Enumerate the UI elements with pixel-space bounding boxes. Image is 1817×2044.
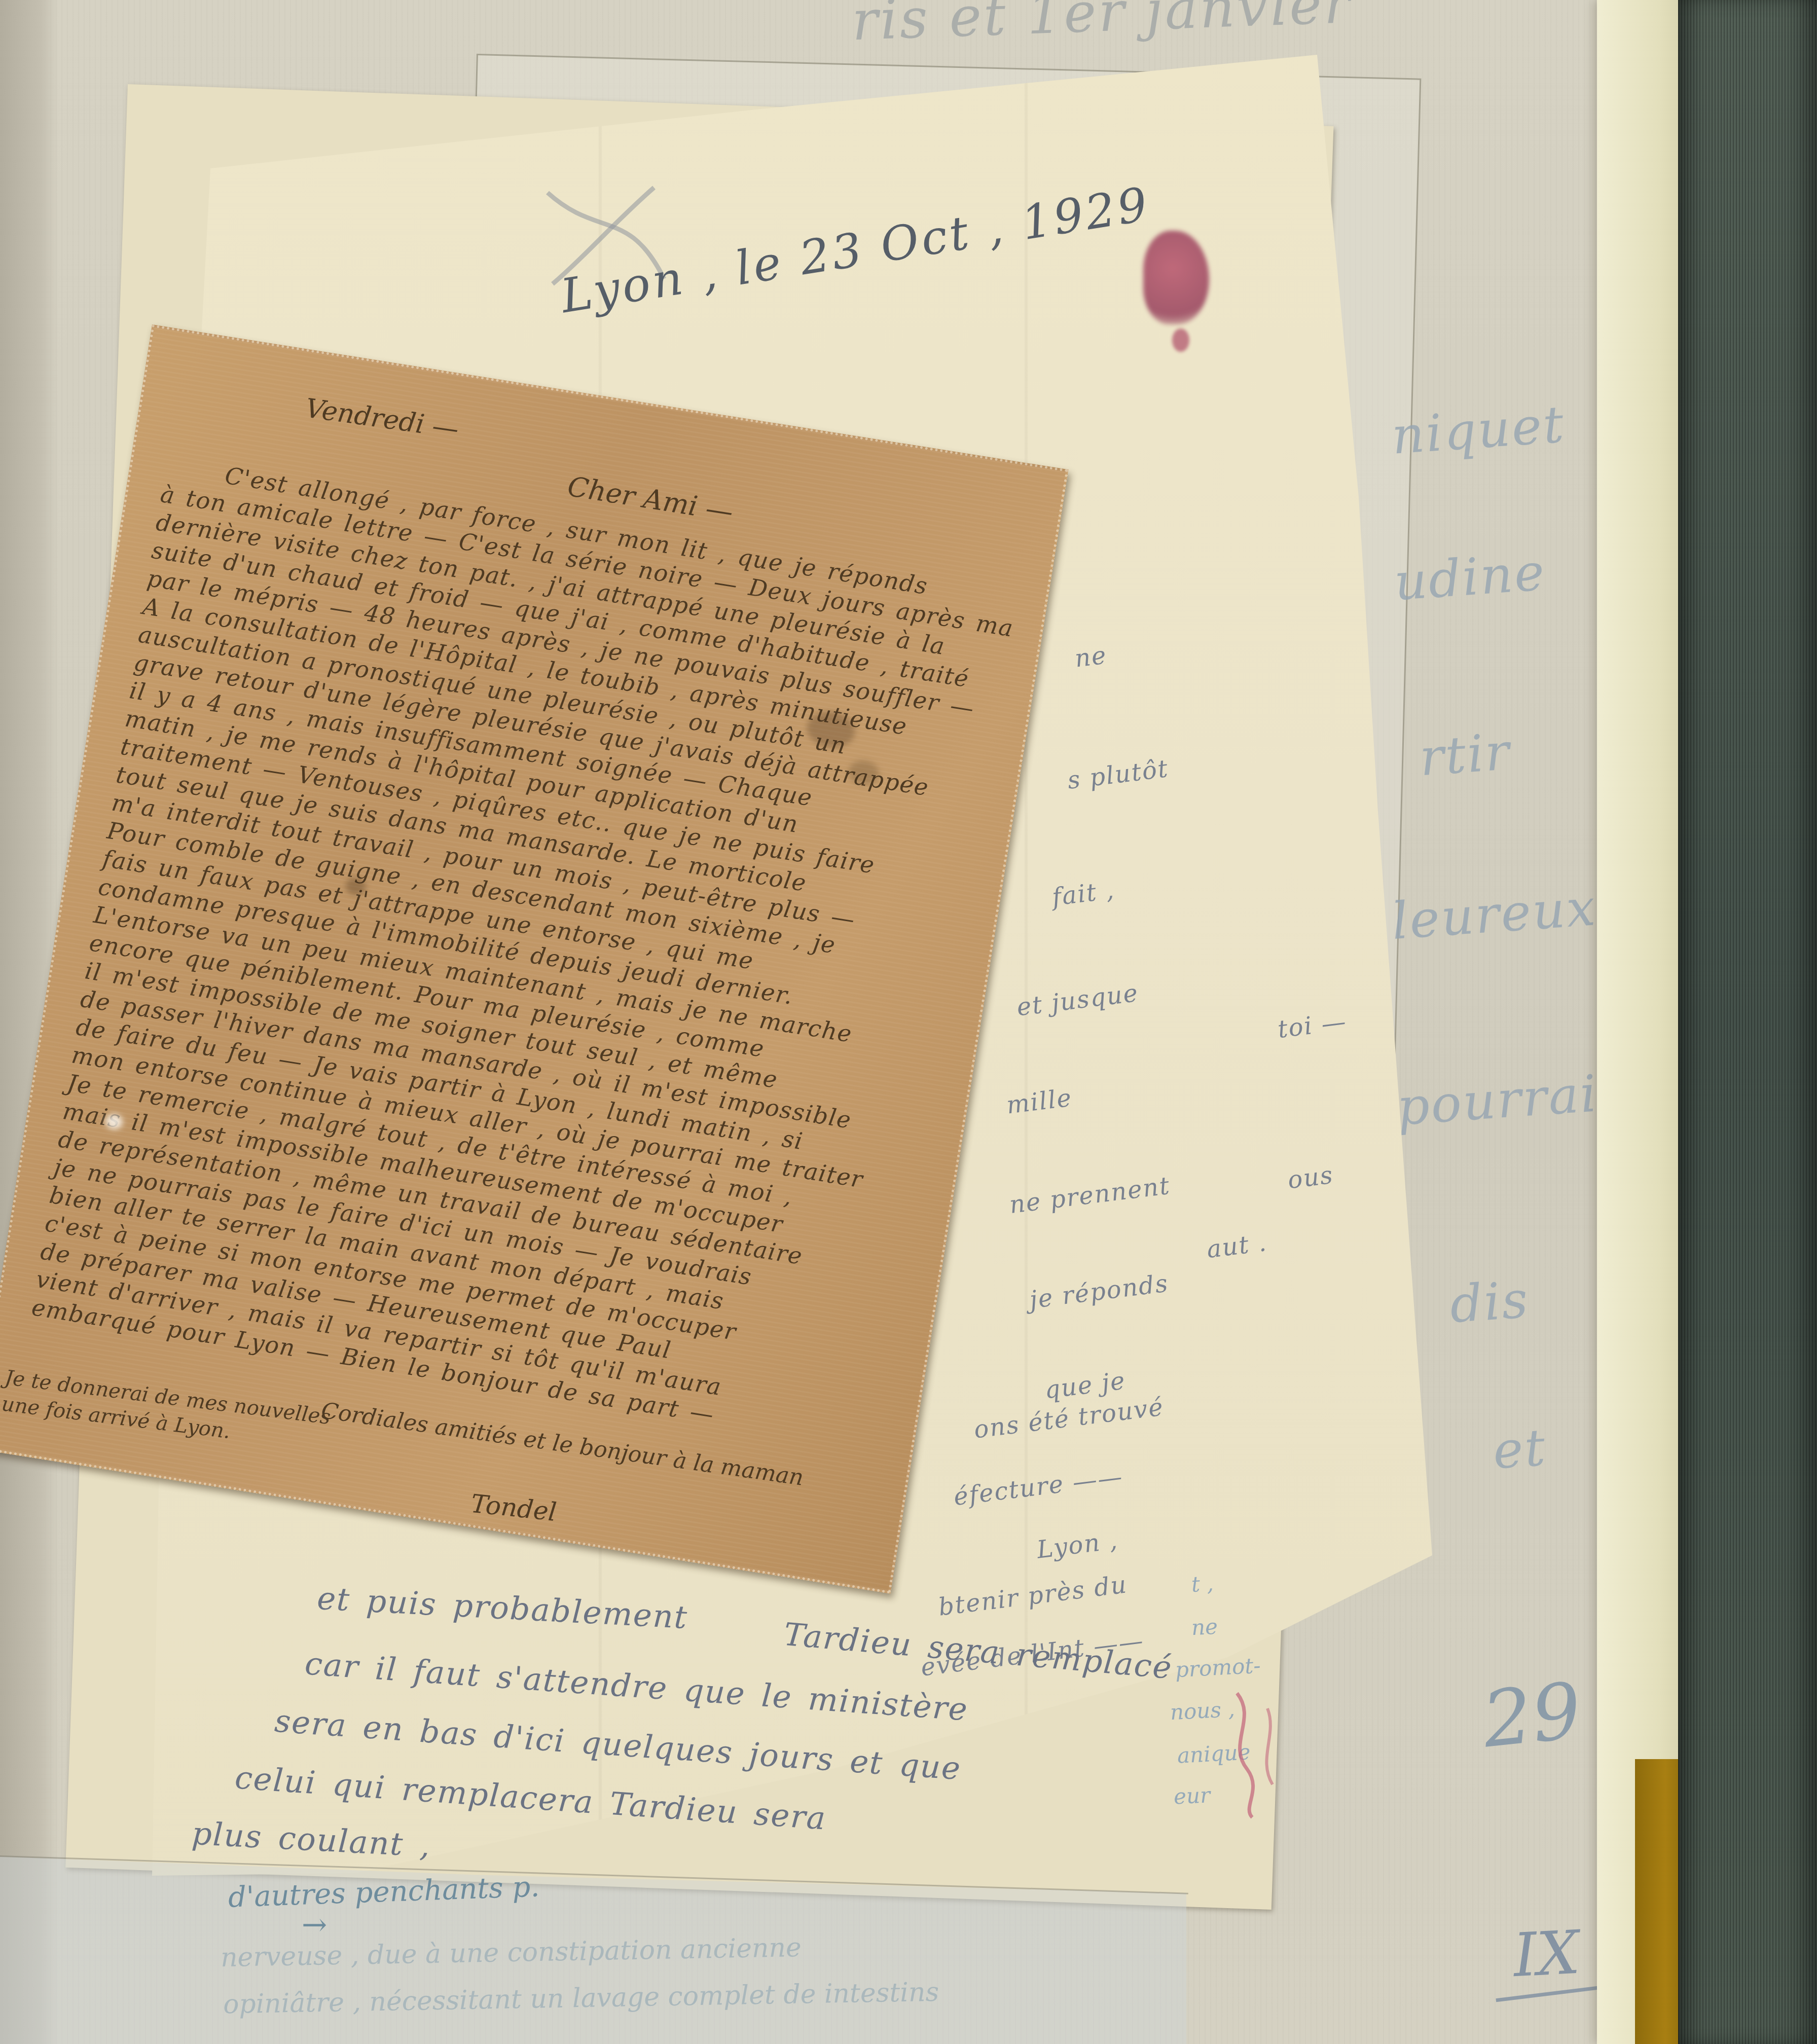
arrow-mark: →: [302, 1907, 327, 1943]
card-body: C'est allongé , par force , sur mon lit …: [30, 452, 1019, 1456]
card-postscript: Je te donnerai de mes nouvelles une fois…: [0, 1365, 332, 1457]
section-numeral: IX: [1511, 1917, 1581, 1991]
album-blue-fragment: eur: [1173, 1782, 1211, 1809]
album-blue-fragment: ne: [1191, 1614, 1218, 1640]
album-fragment: rtir: [1418, 722, 1513, 787]
red-scribble: [1217, 1688, 1323, 1820]
album-blue-fragment: t ,: [1191, 1571, 1214, 1597]
album-fragment: dis: [1448, 1270, 1531, 1335]
book-cover-cloth: [1678, 0, 1817, 2044]
album-fragment: udine: [1392, 542, 1547, 612]
card-day-label: Vendredi —: [304, 393, 461, 445]
page-edge-strip: [1597, 0, 1686, 2044]
red-ink-dot: [1172, 328, 1189, 352]
card-signature: Tondel: [469, 1489, 558, 1527]
brown-carte-lettre: Vendredi — Cher Ami — C'est allongé , pa…: [0, 324, 1068, 1594]
album-blue-fragment: promot-: [1175, 1653, 1261, 1683]
scanned-document: ris et 1er janvier niquet udine rtir leu…: [0, 0, 1817, 2044]
album-fragment: et: [1491, 1417, 1548, 1480]
album-fragment: niquet: [1390, 394, 1567, 466]
page-number: 29: [1478, 1665, 1585, 1765]
letter-fragment: ous: [1286, 1161, 1335, 1195]
letter-fragment: ne: [1073, 641, 1109, 673]
